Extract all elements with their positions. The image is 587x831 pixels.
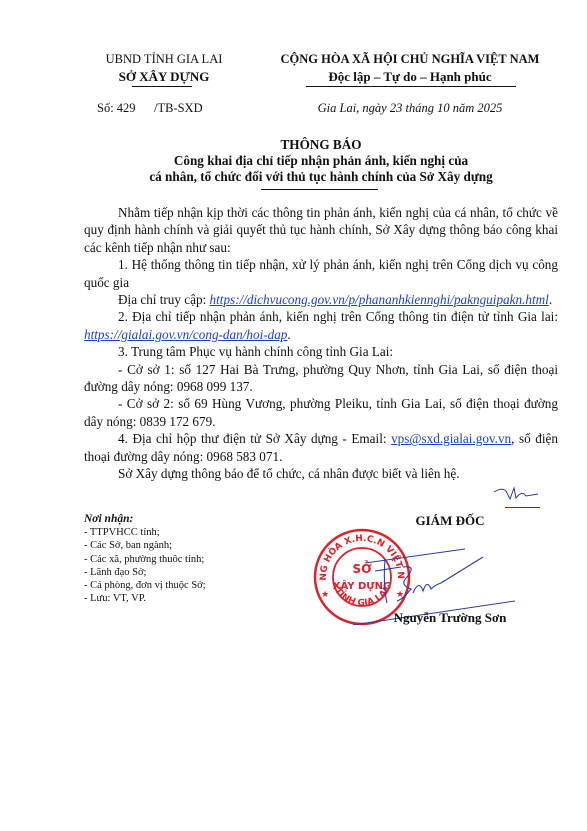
recipient-item: - Cá phòng, đơn vị thuộc Sở; — [84, 579, 206, 592]
item-3: 3. Trung tâm Phục vụ hành chính công tỉn… — [84, 343, 558, 360]
item-3-site-1: - Cở sở 1: số 127 Hai Bà Trưng, phường Q… — [84, 361, 558, 396]
recipient-item: - Các Sở, ban ngành; — [84, 539, 206, 552]
recipient-item: - Các xã, phường thuôc tỉnh; — [84, 553, 206, 566]
doc-title: THÔNG BÁO — [84, 137, 558, 153]
doc-date: Gia Lai, ngày 23 tháng 10 năm 2025 — [250, 101, 570, 116]
intro-paragraph: Nhằm tiếp nhận kịp thời các thông tin ph… — [84, 204, 558, 256]
dichvucong-link[interactable]: https://dichvucong.gov.vn/p/phananhkienn… — [210, 292, 549, 307]
initial-line — [505, 507, 540, 508]
doc-body: Nhằm tiếp nhận kịp thời các thông tin ph… — [84, 204, 558, 483]
item-4: 4. Địa chỉ hộp thư điện tử Sở Xây dựng -… — [84, 430, 558, 465]
initial-signature-icon — [492, 484, 542, 504]
recipients-title: Nơi nhận: — [84, 513, 206, 526]
item-1-address: Địa chỉ truy cập: https://dichvucong.gov… — [84, 291, 558, 308]
motto-underline — [306, 86, 516, 87]
closing-paragraph: Sở Xây dựng thông báo để tổ chức, cá nhâ… — [84, 465, 558, 482]
title-underline — [261, 189, 378, 190]
issuer-authority: UBND TỈNH GIA LAI — [84, 52, 244, 67]
item-2: 2. Địa chỉ tiếp nhận phản ánh, kiến nghị… — [84, 308, 558, 343]
doc-subtitle-line1: Công khai địa chỉ tiếp nhận phản ánh, ki… — [84, 153, 558, 169]
recipient-item: - Lưu: VT, VP. — [84, 592, 206, 605]
recipient-item: - Lãnh đạo Sở; — [84, 566, 206, 579]
item-3-site-2: - Cở sở 2: số 69 Hùng Vương, phường Plei… — [84, 395, 558, 430]
gialai-portal-link[interactable]: https://gialai.gov.vn/cong-dan/hoi-dap — [84, 327, 287, 342]
svg-text:★: ★ — [321, 589, 329, 599]
signer-name: Nguyễn Trường Sơn — [360, 610, 540, 626]
issuer-underline — [132, 86, 192, 87]
recipients-block: Nơi nhận: - TTPVHCC tỉnh; - Các Sở, ban … — [84, 513, 206, 605]
doc-subtitle-line2: cá nhân, tổ chức đối với thủ tục hành ch… — [84, 169, 558, 185]
item-1: 1. Hệ thống thông tin tiếp nhận, xử lý p… — [84, 256, 558, 291]
nation-title: CỘNG HÒA XÃ HỘI CHỦ NGHĨA VIỆT NAM — [250, 52, 570, 67]
nation-motto: Độc lập – Tự do – Hạnh phúc — [250, 69, 570, 85]
recipient-item: - TTPVHCC tỉnh; — [84, 526, 206, 539]
issuer-department: SỞ XÂY DỰNG — [84, 69, 244, 85]
doc-number: Số: 429 — [97, 101, 136, 116]
email-link[interactable]: vps@sxd.gialai.gov.vn — [391, 431, 511, 446]
doc-code: /TB-SXD — [154, 101, 203, 116]
